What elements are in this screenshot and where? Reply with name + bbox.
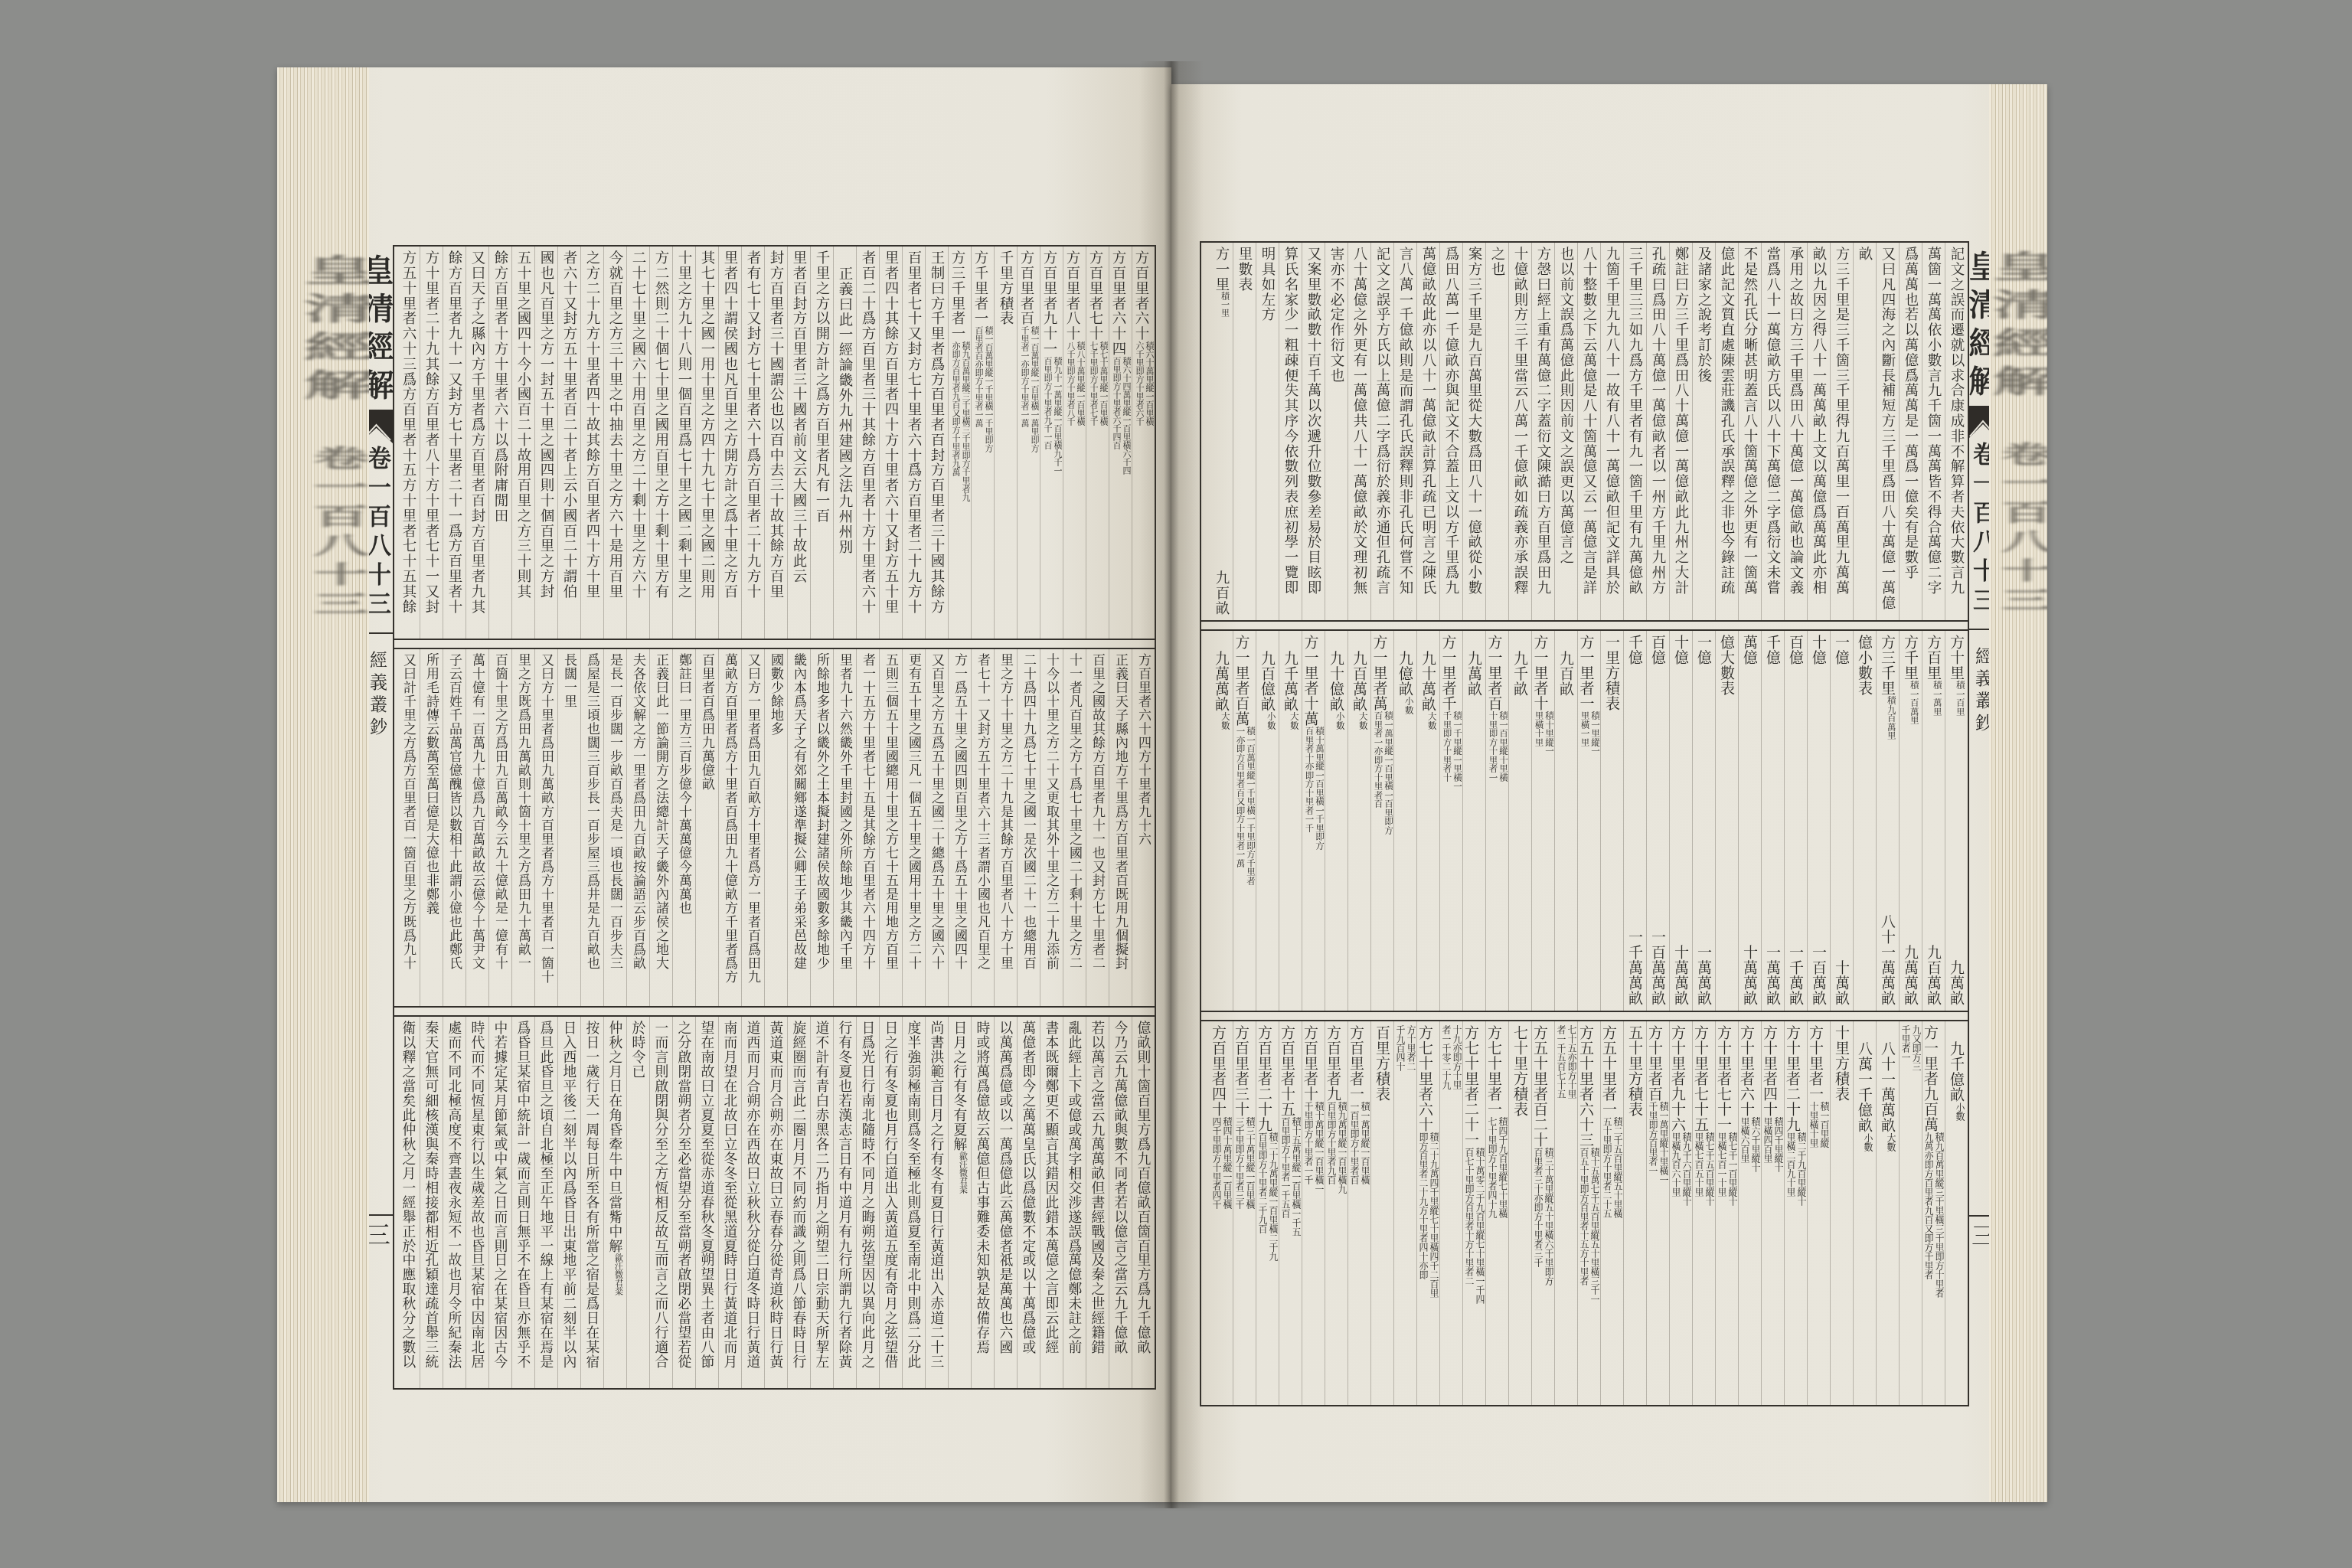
text-column: 萬億者即今之萬萬皇氏以爲億數不定或以十萬爲億或 xyxy=(1017,1017,1040,1388)
column-annotation: 方十里者二千九百四十 xyxy=(1395,1025,1416,1075)
text-column: 里者四十其餘方百里者四十方十里者六十又封方五十里 xyxy=(879,247,902,639)
column-text: 五十里之國四十今小國百二十故用百里之方三十則其 xyxy=(515,250,531,599)
column-text: 萬億者即今之萬萬皇氏以爲億數不定或以十萬爲億或 xyxy=(1021,1021,1037,1355)
tier-middle: 方百里者六十四方十里者九十六正義曰天子縣內地方千里爲方百里者百既用九個擬封百里之… xyxy=(394,648,1155,1008)
text-column: 畝 xyxy=(1853,243,1876,620)
column-text: 方十里 xyxy=(1948,635,1965,681)
column-text: 八萬一千億畝 xyxy=(1856,1041,1873,1133)
column-text: 記文之誤乎方氏以上萬億二字爲衍於義亦通但孔疏言 xyxy=(1374,247,1390,595)
text-column: 千里方積表 xyxy=(994,247,1017,639)
text-column: 方百里者四十積四十萬里縱一百里橫四千里即方十里者四千 xyxy=(1210,1021,1233,1405)
column-annotation: 小數 xyxy=(1863,1133,1873,1153)
column-text: 方二然則二十個七十里之國用百里之方十剩十里方有 xyxy=(653,250,669,599)
column-text: 爲萬萬也若以萬億爲萬萬是一萬爲一億矣有是數乎 xyxy=(1903,247,1919,580)
column-text: 爲屋是三頃也闊三百步長一百步屋三爲井是九百畝也 xyxy=(584,653,599,970)
column-annotation: 積一百里 xyxy=(1955,681,1965,719)
text-column: 承用之故曰方三千里爲田八十萬億一萬億畝也論文義 xyxy=(1784,243,1807,620)
text-column: 又曰方十里者爲田九萬畝方百里者爲方十里者百一箇十 xyxy=(534,649,557,1006)
column-text: 九十億畝 xyxy=(1328,651,1344,712)
text-column: 九箇千里九九八十一故有八十一萬億畝但記文詳具於 xyxy=(1600,243,1623,620)
column-text: 百億 xyxy=(1649,635,1666,665)
column-text: 旋經圈而言此二圈月月不同約而識之則爲八節春時日行 xyxy=(791,1021,807,1370)
column-annotation: 積十五萬里縱一百里橫一千五百里即方十里者一千五百 xyxy=(1280,1117,1302,1236)
text-column: 不是然孔氏分晰甚明蓋言八十箇萬億之外更有一箇萬 xyxy=(1738,243,1761,620)
column-text: 當爲八十一萬億畝方氏以八十下萬億二字爲衍文未嘗 xyxy=(1765,247,1781,595)
text-column: 畿內本爲天子之有郊關鄉遂準擬公卿王子弟采邑故建 xyxy=(787,649,810,1006)
column-annotation: 積十萬里縱一百里橫一千里即方十里者一千 xyxy=(1303,1102,1325,1201)
text-column: 時或將萬爲億故云萬億但古事難委未知孰是故備存焉 xyxy=(971,1017,994,1388)
text-column: 鄭註曰方三千里爲田八十萬億一萬億畝此九州之大計 xyxy=(1669,243,1692,620)
text-column: 方百里者十五積十五萬里縱一百里橫一千五百里即方十里者一千五百 xyxy=(1279,1021,1302,1405)
column-text: 所餘地多者以畿外之土本擬封建諸侯故國數多餘地少 xyxy=(814,653,829,970)
column-text: 方百里者七十 xyxy=(1087,250,1103,341)
column-annotation: 積二千九百里縱十里橫二百九十里 xyxy=(1785,1132,1807,1212)
column-text: 正義曰此一經論畿外九州建國之法九州州別 xyxy=(837,266,853,554)
text-column: 百箇十里之方爲田九百萬畝今云九十億畝是一億有十 xyxy=(488,649,511,1006)
column-text: 方十里者四十 xyxy=(1761,1025,1778,1117)
left-page: 皇清經解 卷一百八十三 經義叢鈔 三 皇清經解 卷一百八十三 方百里者六十積六十… xyxy=(277,67,1171,1502)
column-annotation: 大數 xyxy=(1886,1133,1896,1153)
column-annotation: 小數 xyxy=(1334,712,1345,731)
column-text: 十一者凡百里之方十爲七十里之國二十剩十里之方二 xyxy=(1067,653,1082,970)
text-column: 方百里者六十四積六十四萬里縱一百里橫六千四百里即方十里者六千四百 xyxy=(1109,247,1132,639)
column-text: 鄭註曰一里方三百步億今十萬萬億今萬萬也 xyxy=(676,653,691,915)
column-annotation: 積一里 xyxy=(1220,292,1230,319)
text-column: 者一十五方十里者七十五是其餘方百里者六十四方十 xyxy=(856,649,879,1006)
column-text: 方百里 xyxy=(1925,635,1942,681)
text-column: 九萬萬畝大數 xyxy=(1210,631,1233,1011)
text-column: 一而言則啟閉與分至之方恆相反故互而言之而八行適合 xyxy=(649,1017,672,1388)
text-column: 七十里方積表 xyxy=(1508,1021,1531,1405)
column-annotation: 積六千里縱十里橫六百里 xyxy=(1739,1117,1761,1177)
text-column: 億此記文質直處陳雲莊譏孔氏承誤釋之非也今錄註疏 xyxy=(1715,243,1738,620)
column-text: 爲田八萬一千億畝亦與記文不合蓋上文以方千里爲九 xyxy=(1443,247,1459,595)
column-text: 爲旦此昏旦之頃自北極至正午地平一線上有某宿在焉是 xyxy=(538,1021,554,1370)
text-column: 十一者凡百里之方十爲七十里之國二十剩十里之方二 xyxy=(1063,649,1086,1006)
column-text: 五則三個五十里國總用十里之方七十五是用地方百里 xyxy=(883,653,898,970)
column-annotation: 積二十九萬里縱一百里橫二千九百里即方十里者二千九百 xyxy=(1257,1132,1279,1262)
tier-bottom: 億畝則十箇百里方爲九百億畝百箇百里方爲九千億畝今乃云九萬億畝與數不同者若以億言之… xyxy=(394,1015,1155,1390)
column-text: 方十里者二十九 xyxy=(1784,1025,1801,1132)
column-annotation: 積七千一百里縱十里橫七百一十里 xyxy=(1717,1132,1738,1212)
column-annotation: 積二千五百里縱五十里橫五十里即方十里者二十五 xyxy=(1602,1117,1623,1227)
tier-top: 方百里者六十積六十萬里縱一百里橫六千里即方十里者六千方百里者六十四積六十四萬里縱… xyxy=(394,245,1155,640)
column-text: 又曰計千里之方爲方百里者百一箇百里之方既爲九十 xyxy=(400,653,416,970)
column-annotation: 積一百里縱十里橫十里 xyxy=(1808,1102,1830,1151)
text-column: 里者四十謂侯國也凡百里之方開方計之爲十里之方百 xyxy=(718,247,741,639)
text-column: 方一爲五十里之國四則百里之方十爲五十里之國四十 xyxy=(948,649,971,1006)
text-column: 爲屋是三頃也闊三百步長一百步屋三爲井是九百畝也 xyxy=(580,649,603,1006)
column-text: 九千畝 xyxy=(1511,651,1528,697)
column-bottom-value: 十萬萬畝 xyxy=(1670,945,1692,1006)
column-annotation: 積九十一萬里縱一百里橫九千一百里即方十里者九千一百 xyxy=(1043,357,1063,476)
column-text: 南而月望在北故曰立冬冬至從黑道夏時日行黃道北而月 xyxy=(722,1021,738,1370)
column-annotation: 積七千五百里縱十里橫七百五十里 xyxy=(1694,1132,1715,1212)
column-text: 鄭註曰方三千里爲田八十萬億一萬億畝此九州之大計 xyxy=(1673,247,1689,595)
column-annotation: 十九亦即方十里者一千零二十九 xyxy=(1441,1025,1462,1095)
text-column: 言八萬一千億畝則是而謂孔氏誤釋則非孔氏何嘗不知 xyxy=(1393,243,1416,620)
page-edge-stack: 皇清經解 卷一百八十三 xyxy=(1989,84,2047,1502)
column-annotation: 積九百萬里縱三千里橫三千里即方千里者九亦即方百里者九百又即方十里者九萬 xyxy=(951,341,971,507)
text-column: 今乃云九萬億畝與數不同者若以億言之當云九千億畝 xyxy=(1109,1017,1132,1388)
column-text: 九萬萬畝 xyxy=(1213,651,1230,712)
text-column: 方百里者七十積七十萬里縱一百里橫七千里即方十里者七千 xyxy=(1086,247,1109,639)
column-text: 子云百姓千品萬官億醜皆以數相十此謂小億也此鄭氏 xyxy=(446,653,462,970)
text-column: 也以前文誤爲萬億此則因前文之誤更以萬億言之 xyxy=(1554,243,1577,620)
column-text: 一億 xyxy=(1695,635,1712,665)
text-column: 方一里者九百萬積九百萬里縱三千里橫三千里即方十里者九萬亦即方百里者九百又即方千里… xyxy=(1922,1021,1945,1405)
column-annotation: 積四十萬里縱一百里橫四千里即方十里者四千 xyxy=(1211,1117,1233,1217)
column-text: 方十里者六十 xyxy=(1738,1025,1755,1117)
text-column: 行有冬夏也若漢志言日有中道月有九行所謂九行者除黃 xyxy=(833,1017,856,1388)
text-column: 中若據定某月節氣或中氣之日而言則日之在某宿因古今 xyxy=(488,1017,511,1388)
column-annotation: 積一百萬里縱一百里橫一萬里即方千里者一亦即方十里者一萬 xyxy=(1020,326,1040,455)
text-column: 七十五亦即方十里者一千五百七十五 xyxy=(1554,1021,1577,1405)
text-column: 九萬畝 xyxy=(1462,631,1485,1011)
column-bottom-value: 一百萬萬畝 xyxy=(1647,929,1669,1006)
text-column: 百億一千萬畝 xyxy=(1784,631,1807,1011)
smeared-volume-on-page-edges: 卷一百八十三 xyxy=(1989,442,2047,616)
text-column: 萬億畝故此亦以八十一萬億畝計算孔疏已明言之陳氏 xyxy=(1416,243,1439,620)
text-column: 方百里積一萬里九百萬畝 xyxy=(1922,631,1945,1011)
text-column: 十億畝則方三千里當云八萬一千億畝如疏義亦承誤釋 xyxy=(1508,243,1531,620)
column-annotation: 積一百萬里縱一千里橫一千里即方千里者一亦即方百里者百又即方十里者一萬 xyxy=(1235,727,1256,890)
column-text: 億畝則十箇百里方爲九百億畝百箇百里方爲九千億畝 xyxy=(1135,1021,1151,1355)
text-column: 千里之方以開方計之爲方百里者凡有一百 xyxy=(810,247,833,639)
column-text: 者百二十爲方百里者三十其餘方百里者十方十里者六十 xyxy=(860,250,876,614)
column-text: 方百里者九 xyxy=(1325,1025,1341,1102)
text-column: 方一里者萬積一萬里縱一百里橫一百里即方百里者一亦即方十里者百 xyxy=(1370,631,1393,1011)
column-text: 孔疏曰爲田八十萬億一萬億畝者以一州方千里九州方 xyxy=(1650,247,1666,595)
column-text: 夫各依文解之方一里者爲田九百畝按論語云步百爲畝 xyxy=(630,653,645,970)
text-column: 五十里方積表 xyxy=(1623,1021,1646,1405)
text-column: 百里者七十又封方七十里者六十爲方百里者二十九方十 xyxy=(902,247,925,639)
text-column: 五則三個五十里國總用十里之方七十五是用地方百里 xyxy=(879,649,902,1006)
column-annotation: 歙汪微君棻 xyxy=(614,1253,624,1299)
column-text: 長闊一里 xyxy=(561,653,577,708)
text-column: 方二然則二十個七十里之國用百里之方十剩十里方有 xyxy=(649,247,672,639)
column-text: 一里方積表 xyxy=(1603,635,1620,711)
column-text: 十億 xyxy=(1672,635,1689,665)
column-annotation: 大數 xyxy=(1289,712,1299,731)
column-text: 之方二十九方十里者四十故其餘方百里者四十方十里 xyxy=(584,250,600,599)
text-column: 方百里者六十四方十里者九十六 xyxy=(1132,649,1155,1006)
text-column: 一億一萬萬畝 xyxy=(1692,631,1715,1011)
text-column: 八十一萬萬畝大數 xyxy=(1876,1021,1899,1405)
column-text: 日月之行有冬有夏解 xyxy=(952,1021,968,1151)
column-text: 方一里者十萬 xyxy=(1302,635,1319,727)
column-text: 百億 xyxy=(1787,635,1804,665)
column-text: 方一里者九百萬 xyxy=(1922,1025,1939,1132)
column-text: 其七十里之國一用十里之方四十九七十里之國二則用 xyxy=(699,250,715,599)
text-column: 又百里之方五爲五十里之國二十總爲五十里之國六十 xyxy=(925,649,948,1006)
column-bottom-value: 一千萬畝 xyxy=(1785,945,1807,1006)
text-column: 正義曰天子縣內地方千里爲方百里者百既用九個擬封 xyxy=(1109,649,1132,1006)
text-column: 方十里者百積一萬里縱十里橫一千里即方百里者一 xyxy=(1646,1021,1669,1405)
column-text: 日入西地平後二刻半以內爲昏日出東地平前二刻半以內 xyxy=(561,1021,577,1370)
text-column: 方三千里積九百萬里八十一萬萬畝 xyxy=(1876,631,1899,1011)
column-annotation: 積十萬里縱一百里橫一千里即方百里者十亦即方十里者一千 xyxy=(1304,727,1325,851)
text-column: 方千里者一積一百萬里縱一千里橫一千里即方百里者百亦即方十里者一萬 xyxy=(971,247,994,639)
text-column: 方百里者十積十萬里縱一百里橫一千里即方十里者一千 xyxy=(1302,1021,1325,1405)
column-bottom-value: 一萬萬畝 xyxy=(1762,945,1784,1006)
text-column: 書本既爾鄭更不顯言其錯因此錯本萬億之言即云此經 xyxy=(1040,1017,1063,1388)
column-text: 者六十又封方五十里者百二十者上云小國百二十謂伯 xyxy=(561,250,577,599)
text-frame: 方百里者六十積六十萬里縱一百里橫六千里即方十里者六千方百里者六十四積六十四萬里縱… xyxy=(393,245,1156,1390)
text-column: 以萬萬爲億或以一萬爲億此云萬億者祗是萬萬也六國 xyxy=(994,1017,1017,1388)
column-annotation: 積九百萬里 xyxy=(1886,696,1896,744)
column-annotation: 積十五萬七千五百里縱五十里橫三千一百五十里即方百里者十五方十里者 xyxy=(1579,1148,1600,1307)
text-column: 九千畝 xyxy=(1508,631,1531,1011)
column-text: 王制曰方千里者爲方百里者百封方百里者三十國其餘方 xyxy=(929,250,945,614)
column-text: 九百億畝 xyxy=(1259,651,1276,712)
column-text: 方百里者六十四 xyxy=(1110,250,1126,357)
column-bottom-value: 九百畝 xyxy=(1210,570,1233,616)
column-annotation: 積一萬里 xyxy=(1932,681,1942,719)
column-text: 里之方十十里之方二十九是其餘方百里者八十方十里 xyxy=(998,653,1013,970)
tier-bottom: 九千億畝小數方一里者九百萬積九百萬里縱三千里橫三千里即方十里者九萬亦即方百里者九… xyxy=(1201,1020,1968,1406)
column-text: 承用之故曰方三千里爲田八十萬億一萬億畝也論文義 xyxy=(1788,247,1804,595)
text-column: 子云百姓千品萬官億醜皆以數相十此謂小億也此鄭氏 xyxy=(443,649,465,1006)
text-column: 爲田八萬一千億畝亦與記文不合蓋上文以方千里爲九 xyxy=(1439,243,1462,620)
column-annotation: 九又即方三千里者一 xyxy=(1900,1025,1922,1075)
column-annotation: 積四千里縱十里橫四百里 xyxy=(1762,1117,1784,1177)
column-text: 千億 xyxy=(1764,635,1781,665)
text-column: 正義曰此一節論開方之法總計天子畿外內諸侯之地大 xyxy=(649,649,672,1006)
text-column: 方百里者九積九萬里縱一百里橫九百里即方十里者九百 xyxy=(1325,1021,1347,1405)
column-bottom-value: 一萬萬畝 xyxy=(1693,945,1715,1006)
text-column: 又案里數畝數十百千萬以次遞升位數參差易於目眩即 xyxy=(1302,243,1325,620)
column-annotation: 積一里縱一里橫一里 xyxy=(1579,711,1600,759)
text-column: 方一里者十萬積十萬里縱一百里橫一千里即方百里者十亦即方十里者一千 xyxy=(1302,631,1325,1011)
text-column: 若以萬言之當云九萬萬畝但書經戰國及秦之世經籍錯 xyxy=(1086,1017,1109,1388)
column-text: 八十一萬萬畝 xyxy=(1879,1041,1896,1133)
column-text: 尚書洪範言日月之行有冬有夏日行黃道出入赤道二十三 xyxy=(929,1021,945,1370)
column-text: 方十里者七十五 xyxy=(1692,1025,1709,1132)
text-column: 方五十里者一積二千五百里縱五十里橫五十里即方十里者二十五 xyxy=(1600,1021,1623,1405)
column-text: 方一里者百 xyxy=(1486,635,1503,711)
text-column: 百里者百爲田九萬億畝 xyxy=(695,649,718,1006)
column-text: 秦天官無可細核漢與秦時相接都相近孔穎達疏首舉三統 xyxy=(423,1021,439,1370)
text-column: 方十里者二十九其餘方百里者八十方十里者七十一又封 xyxy=(420,247,443,639)
column-annotation: 積四千九百里縱七十里橫七十里即方十里者四十九 xyxy=(1487,1117,1508,1227)
column-text: 里者九十六然畿外千里封國之外所餘地少其畿內千里 xyxy=(837,653,852,970)
column-annotation: 七十五亦即方十里者一千五百七十五 xyxy=(1556,1025,1577,1105)
tier-top: 記文之誤而遷就以求合康成非不解算者夫依大數言九萬箇一萬萬依小數言九千箇一萬萬皆不… xyxy=(1201,241,1968,622)
text-column: 害亦不必定作衍文也 xyxy=(1325,243,1347,620)
column-text: 及諸家之說考訂於後 xyxy=(1696,247,1712,383)
text-column: 九千億畝小數 xyxy=(1945,1021,1968,1405)
column-text: 里之方既爲田九萬畝則十箇十里之方爲田九十萬畝一 xyxy=(515,653,531,970)
column-text: 方百里者十五 xyxy=(1279,1025,1295,1117)
text-column: 億畝則十箇百里方爲九百億畝百箇百里方爲九千億畝 xyxy=(1132,1017,1155,1388)
text-column: 里之方既爲田九萬畝則十箇十里之方爲田九十萬畝一 xyxy=(511,649,534,1006)
text-column: 方十里者七十一積七千一百里縱十里橫七百一十里 xyxy=(1715,1021,1738,1405)
smeared-title-on-page-edges: 皇清經解 xyxy=(1989,250,2047,403)
text-column: 里者九十六然畿外千里封國之外所餘地少其畿內千里 xyxy=(833,649,856,1006)
column-text: 畿內本爲天子之有郊關鄉遂準擬公卿王子弟采邑故建 xyxy=(791,653,806,970)
column-text: 行有冬夏也若漢志言日有中道月有九行所謂九行者除黃 xyxy=(837,1021,853,1370)
column-text: 九千萬畝 xyxy=(1282,651,1298,712)
column-text: 正義曰天子縣內地方千里爲方百里者百既用九個擬封 xyxy=(1112,653,1128,970)
column-bottom-value: 九百萬畝 xyxy=(1922,945,1945,1006)
text-column: 八十整數之下云萬億是八十箇萬億又云一萬億言是詳 xyxy=(1577,243,1600,620)
column-annotation: 積六十萬里縱一百里橫六千里即方十里者六千 xyxy=(1135,341,1155,433)
column-text: 方五十里者一 xyxy=(1600,1025,1617,1117)
column-text: 方七十里者二十一 xyxy=(1462,1025,1479,1148)
text-column: 今就百里之方三十里之中抽去十里之方六十是用百里 xyxy=(603,247,626,639)
column-text: 方十里者百 xyxy=(1646,1025,1663,1102)
column-annotation: 積一千里縱一里橫一千里即方十里者十 xyxy=(1442,711,1462,798)
text-column: 望在南故曰立夏夏至從赤道春秋冬夏朔望異土者由八節 xyxy=(695,1017,718,1388)
text-column: 記文之誤乎方氏以上萬億二字爲衍於義亦通但孔疏言 xyxy=(1370,243,1393,620)
text-column: 八十萬億之外更有一萬億共八十一萬億畝於文理初無 xyxy=(1347,243,1370,620)
column-annotation: 大數 xyxy=(1220,712,1230,731)
column-annotation: 積九萬里縱一百里橫九百里即方十里者九百 xyxy=(1326,1102,1347,1201)
text-column: 又曰方一里者爲田九百畝方十里者爲方一里者百爲田九 xyxy=(741,649,764,1006)
text-column: 亂此經上下或億或萬字相交涉遂誤爲萬億鄭未註之前 xyxy=(1063,1017,1086,1388)
column-text: 又曰天子之縣內方千里者爲方百里者百封方百里者九其 xyxy=(469,250,485,614)
column-text: 日之行有冬夏也月行白道出入黃道五度有奇月之弦望借 xyxy=(883,1021,899,1370)
column-text: 百里者百爲田九萬億畝 xyxy=(699,653,714,791)
column-text: 十億 xyxy=(1810,635,1827,665)
column-text: 億大數表 xyxy=(1718,635,1735,696)
column-text: 萬十億有一百萬九十億爲九百萬畝故云億今十萬尹文 xyxy=(469,653,485,970)
column-text: 又案里數畝數十百千萬以次遞升位數參差易於目眩即 xyxy=(1305,247,1321,595)
text-column: 九百億畝小數 xyxy=(1256,631,1279,1011)
column-text: 於時令已 xyxy=(630,1021,646,1079)
text-column: 二十爲四十九爲七十里之國一是次國二十一也總用百 xyxy=(1017,649,1040,1006)
column-text: 方百里者一 xyxy=(1347,1025,1364,1102)
text-column: 方百里者二十九積二十九萬里縱一百里橫二千九百里即方十里者二千九百 xyxy=(1256,1021,1279,1405)
column-text: 方一爲五十里之國四則百里之方十爲五十里之國四十 xyxy=(952,653,967,970)
text-column: 又曰計千里之方爲方百里者百一箇百里之方既爲九十 xyxy=(397,649,420,1006)
column-text: 又百里之方五爲五十里之國二十總爲五十里之國六十 xyxy=(929,653,944,970)
column-text: 算氏名家少一粗疎便失其序今依數列表庶初學一覽即 xyxy=(1282,247,1298,595)
column-text: 八十萬億之外更有一萬億共八十一萬億畝於文理初無 xyxy=(1351,247,1367,595)
column-text: 國數少餘地多 xyxy=(768,653,783,736)
text-column: 秦天官無可細核漢與秦時相接都相近孔穎達疏首舉三統 xyxy=(420,1017,443,1388)
column-text: 仲秋之月日在角昏牽牛中旦當觜中解 xyxy=(607,1021,623,1253)
column-text: 時或將萬爲億故云萬億但古事難委未知孰是故備存焉 xyxy=(975,1021,991,1355)
text-column: 當爲八十一萬億畝方氏以八十下萬億二字爲衍文未嘗 xyxy=(1761,243,1784,620)
text-column: 旋經圈而言此二圈月月不同約而識之則爲八節春時日行 xyxy=(787,1017,810,1388)
text-column: 百里之國故其餘方百里者九十一也又封方七十里者二 xyxy=(1086,649,1109,1006)
column-annotation: 積一百萬里縱一千里橫一千里即方百里者百亦即方十里者一萬 xyxy=(974,326,994,455)
text-column: 鄭註曰一里方三百步億今十萬萬億今萬萬也 xyxy=(672,649,695,1006)
text-column: 日之行有冬夏也月行白道出入黃道五度有奇月之弦望借 xyxy=(879,1017,902,1388)
column-text: 方三千里是三千箇三千里得九百萬里一百萬里九萬萬 xyxy=(1834,247,1850,595)
column-annotation: 小數 xyxy=(1266,712,1276,731)
text-column: 方一里者千積一千里縱一里橫一千里即方十里者十 xyxy=(1439,631,1462,1011)
text-column: 明具如左方 xyxy=(1256,243,1279,620)
text-column: 方千里積一百萬里九萬萬畝 xyxy=(1899,631,1922,1011)
text-column: 正義曰此一經論畿外九州建國之法九州州別 xyxy=(833,247,856,639)
text-column: 方百里者六十積六十萬里縱一百里橫六千里即方十里者六千 xyxy=(1132,247,1155,639)
column-text: 八十整數之下云萬億是八十箇萬億又云一萬億言是詳 xyxy=(1581,247,1597,595)
column-text: 五十里方積表 xyxy=(1626,1025,1643,1117)
column-text: 道不計有青白赤黑各二乃指月之朔望二日宗動天所挈左 xyxy=(814,1021,830,1370)
text-column: 者有七十又封方七十里者六十爲方百里者二十九方十 xyxy=(741,247,764,639)
column-text: 也以前文誤爲萬億此則因前文之誤更以萬億言之 xyxy=(1558,247,1574,565)
smeared-volume-on-page-edges: 卷一百八十三 xyxy=(296,446,369,620)
column-annotation: 積十里縱一里橫十里 xyxy=(1534,711,1554,759)
column-text: 方三千里 xyxy=(1879,635,1896,696)
column-text: 言八萬一千億畝則是而謂孔氏誤釋則非孔氏何嘗不知 xyxy=(1397,247,1413,595)
column-text: 中若據定某月節氣或中氣之日而言則日之在某宿因古今 xyxy=(492,1021,508,1370)
column-annotation: 大數 xyxy=(1357,712,1368,731)
column-text: 方一里者一 xyxy=(1578,635,1595,711)
column-text: 之分啟閉當朔者分至必當望分至當朔者啟閉必當望若從 xyxy=(676,1021,692,1370)
column-annotation: 小數 xyxy=(1955,1102,1965,1122)
text-column: 更有五十里之國三凡一個五十里之國用十里之方二十 xyxy=(902,649,925,1006)
column-text: 畝以九因之得八十一萬萬畝上文以萬億爲萬萬此亦相 xyxy=(1811,247,1827,595)
text-column: 方五十里者六十三爲方百里者十五方十里者七十五其餘 xyxy=(397,247,420,639)
column-text: 之也 xyxy=(1489,247,1505,277)
text-column: 百億一百萬萬畝 xyxy=(1646,631,1669,1011)
text-column: 夫各依文解之方一里者爲田九百畝按論語云步百爲畝 xyxy=(626,649,649,1006)
text-column: 十今以十里之方二十又更取其外十里之方二十九添前 xyxy=(1040,649,1063,1006)
text-column: 日爲光日行南北隨時不同月之晦朔弦望因以異向此月之 xyxy=(856,1017,879,1388)
text-column: 千億一萬萬畝 xyxy=(1761,631,1784,1011)
column-text: 九十萬畝 xyxy=(1419,651,1436,712)
column-text: 百里方積表 xyxy=(1374,1025,1390,1102)
text-column: 方百里者百積一百萬里縱一百里橫一萬里即方千里者一亦即方十里者一萬 xyxy=(1017,247,1040,639)
column-text: 黃道東而月合朔亦在東故曰立春春分從青道秋時日行黃 xyxy=(768,1021,784,1370)
text-column: 里數表 xyxy=(1233,243,1256,620)
column-text: 道西而月合朔亦在西故曰立秋秋分從白道冬時日行黃道 xyxy=(745,1021,761,1370)
text-column: 方十里者七十五積七千五百里縱十里橫七百五十里 xyxy=(1692,1021,1715,1405)
column-text: 是長一百步闊一步畝百爲夫是一頃也長闊一百步夫三 xyxy=(607,653,622,970)
text-column: 日月之行有冬有夏解歙汪微君棻 xyxy=(948,1017,971,1388)
column-text: 方七十里者一 xyxy=(1485,1025,1502,1117)
column-text: 方三千里者一 xyxy=(949,250,965,341)
column-text: 億此記文質直處陳雲莊譏孔氏承誤釋之非也今錄註疏 xyxy=(1719,247,1735,595)
column-text: 害亦不必定作衍文也 xyxy=(1328,247,1344,383)
text-column: 王制曰方千里者爲方百里者百封方百里者三十國其餘方 xyxy=(925,247,948,639)
text-column: 方十里者一積一百里縱十里橫十里 xyxy=(1807,1021,1830,1405)
column-text: 七十里方積表 xyxy=(1511,1025,1528,1117)
column-text: 百里者七十又封方七十里者六十爲方百里者二十九方十 xyxy=(906,250,922,614)
text-column: 九千萬畝大數 xyxy=(1279,631,1302,1011)
text-frame: 記文之誤而遷就以求合康成非不解算者夫依大數言九萬箇一萬萬依小數言九千箇一萬萬皆不… xyxy=(1200,241,1969,1406)
column-text: 方百里者六十 xyxy=(1133,250,1149,341)
column-text: 方十里者七十一 xyxy=(1715,1025,1732,1132)
column-text: 方百里者九十一 xyxy=(1041,250,1057,357)
text-column: 方五十里者六十三積十五萬七千五百里縱五十里橫三千一百五十里即方百里者十五方十里者 xyxy=(1577,1021,1600,1405)
text-column: 國也凡百里之方一封五十里之國四則十個百里之方封 xyxy=(534,247,557,639)
column-text: 又曰方十里者爲田九萬畝方百里者爲方十里者百一箇十 xyxy=(538,653,554,984)
text-column: 方一里者百萬積一百萬里縱一千里橫一千里即方千里者一亦即方百里者百又即方十里者一萬 xyxy=(1233,631,1256,1011)
column-text: 三千里三三如九爲方千里者有九一箇千里有九萬億畝 xyxy=(1627,247,1643,595)
column-text: 又曰凡四海之內斷長補短方三千里爲田八十萬億一萬億 xyxy=(1880,247,1896,610)
text-column: 日入西地平後二刻半以內爲昏日出東地平前二刻半以內 xyxy=(557,1017,580,1388)
column-text: 衛以釋之當矣此仲秋之月一經舉正於中應取秋分之數以 xyxy=(400,1021,416,1370)
column-annotation: 積一萬里縱一百里橫一百里即方十里者百 xyxy=(1349,1102,1370,1191)
text-column: 方七十里者六十積二十九萬四千里縱七十里橫四千二百里即方百里者二十九方十里者四十亦… xyxy=(1416,1021,1439,1405)
text-column: 九又即方三千里者一 xyxy=(1899,1021,1922,1405)
column-text: 里者四十謂侯國也凡百里之方開方計之爲十里之方百 xyxy=(722,250,738,599)
column-annotation: 積十萬零二千九百里縱七十里橫一千四百七十里即方百里者十方十里者二 xyxy=(1464,1148,1485,1307)
text-column: 里者百封方百里者三十國者前文云大國三十故此云 xyxy=(787,247,810,639)
column-text: 一億 xyxy=(1833,635,1850,665)
text-column: 十億一百萬畝 xyxy=(1807,631,1830,1011)
column-bottom-value: 九萬畝 xyxy=(1945,960,1968,1006)
text-column: 孔疏曰爲田八十萬億一萬億畝者以一州方千里九州方 xyxy=(1646,243,1669,620)
column-text: 方百里者三十 xyxy=(1233,1025,1249,1117)
text-column: 九百畝 xyxy=(1554,631,1577,1011)
column-text: 者有七十又封方七十里者六十爲方百里者二十九方十 xyxy=(745,250,761,599)
